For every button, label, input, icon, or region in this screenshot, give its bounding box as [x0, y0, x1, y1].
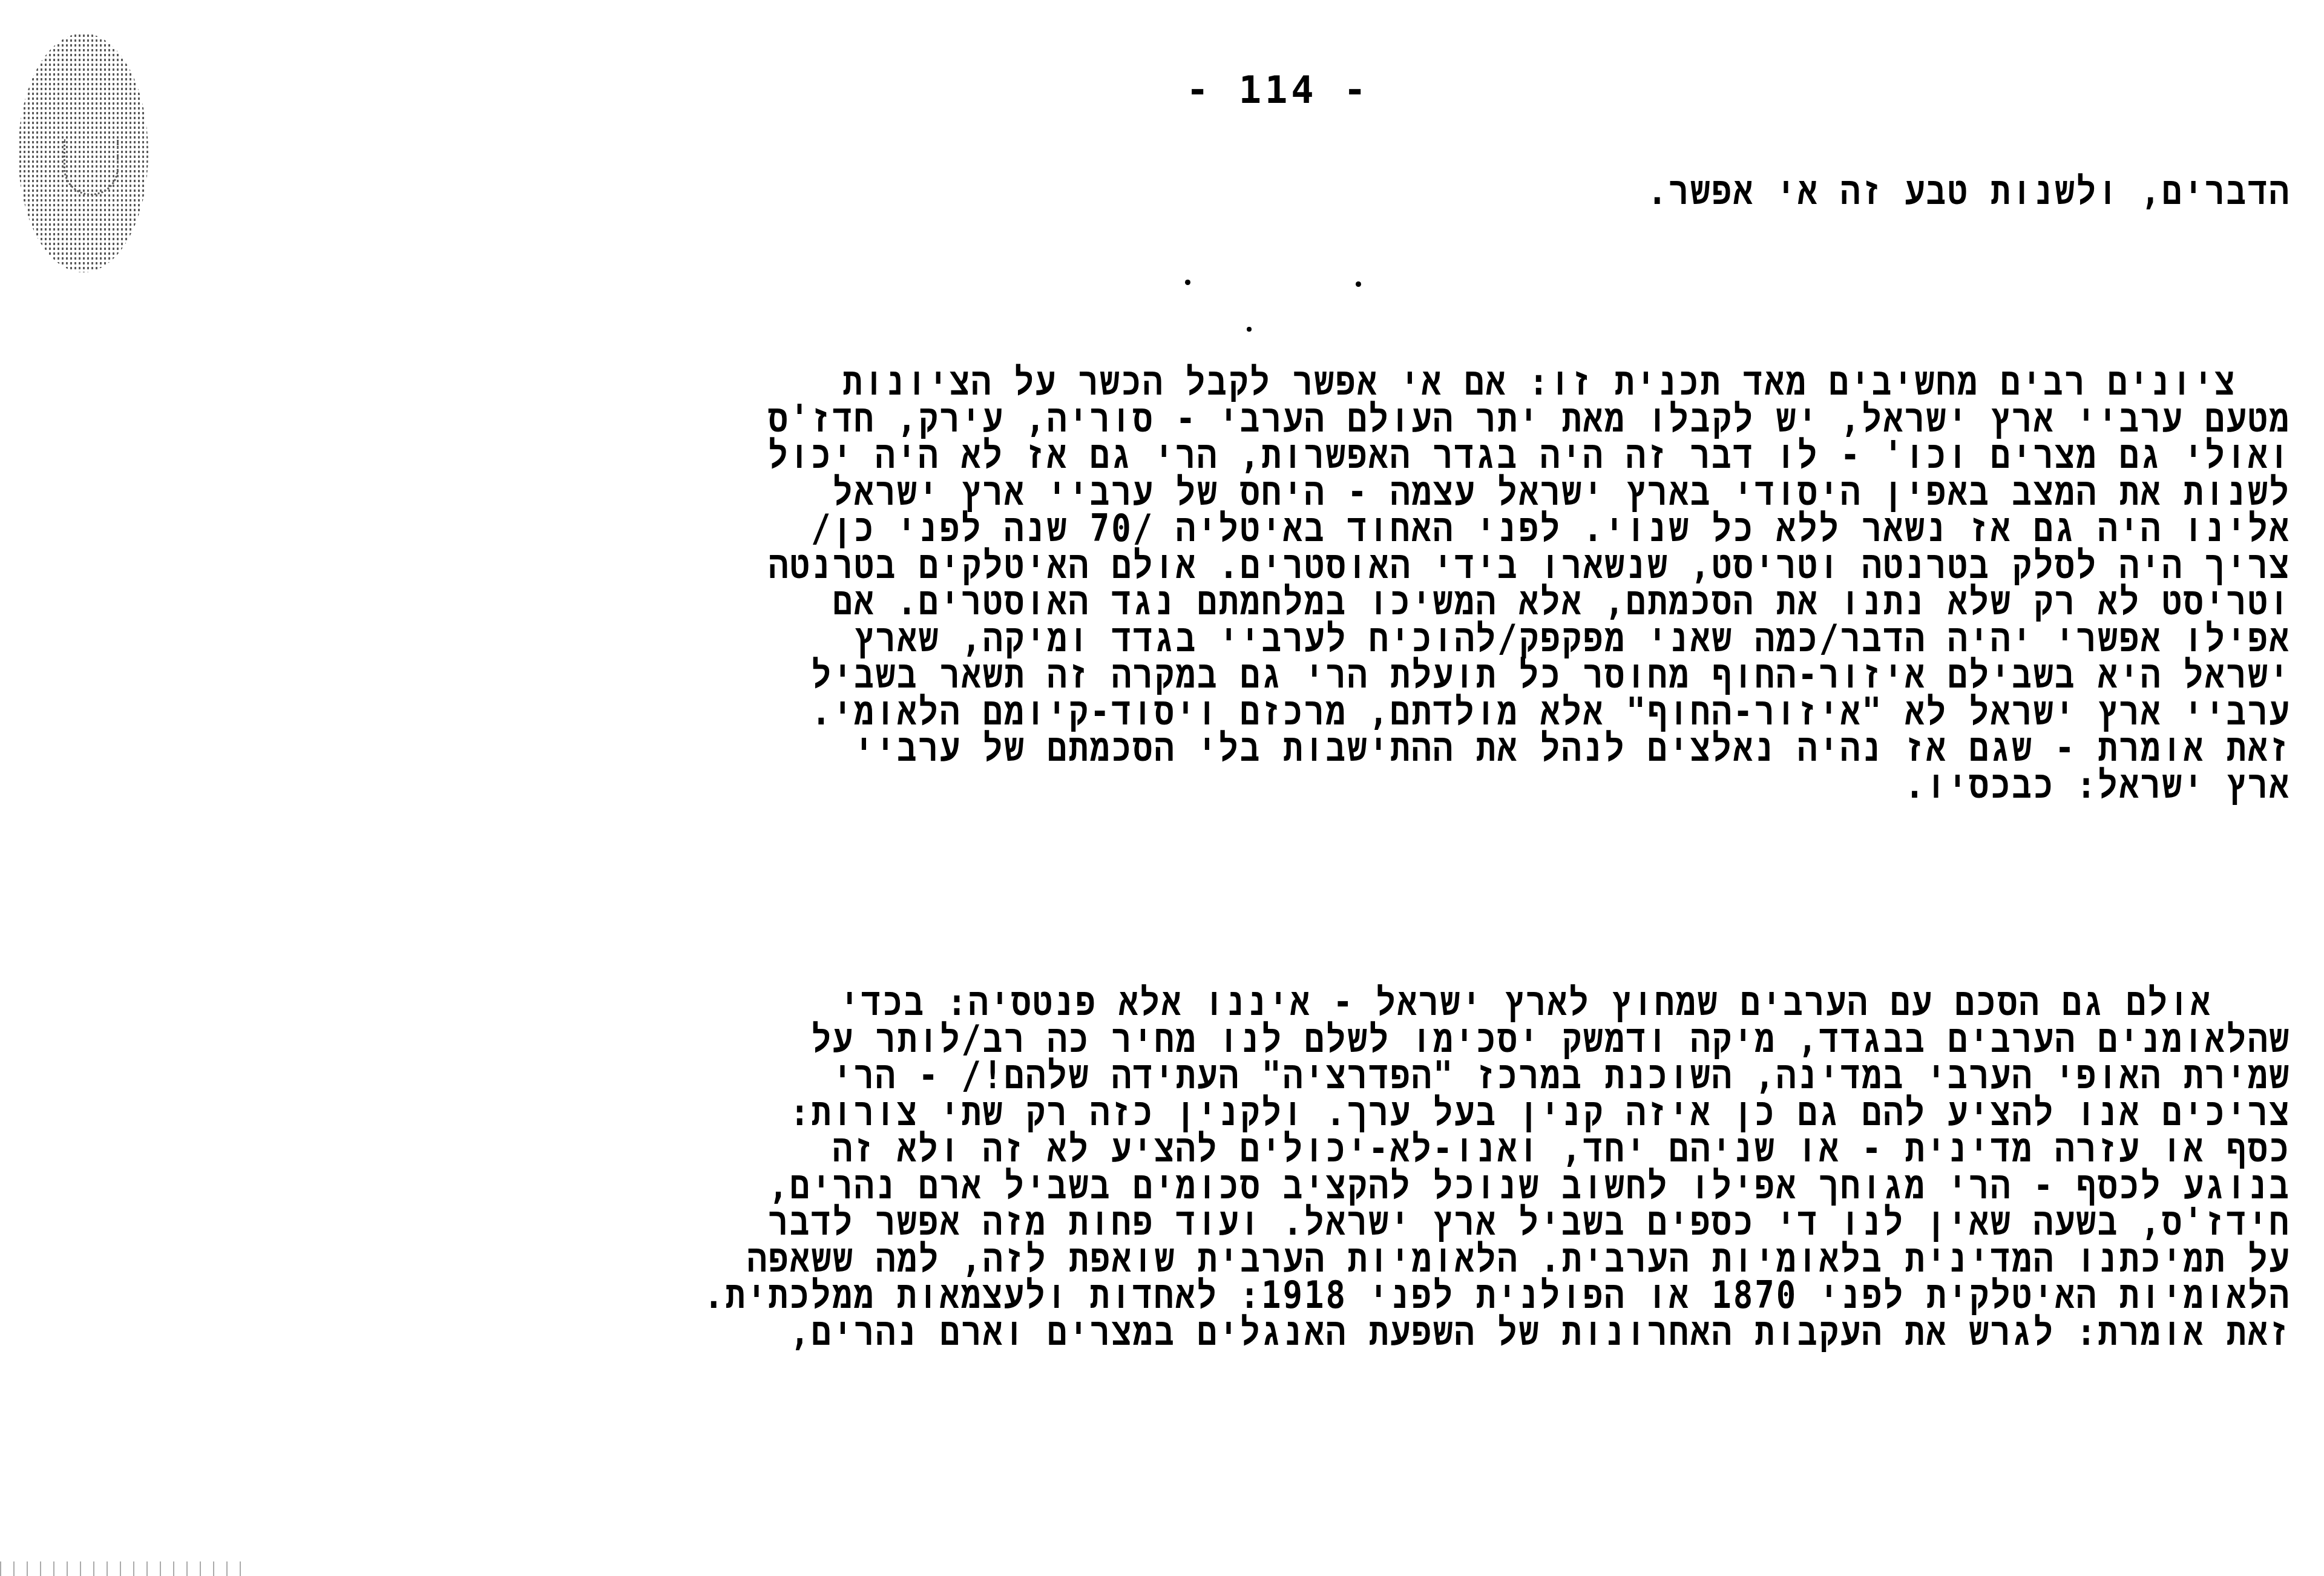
scan-noise — [0, 1561, 242, 1576]
text-line: זאת אומרת: לגרש את העקבות האחרונות של הש… — [790, 1310, 2291, 1353]
text-line: ארץ ישראל: כבכסיו. — [1905, 763, 2291, 806]
stray-dot — [1356, 281, 1361, 287]
page-number: - 114 - — [1186, 68, 1370, 112]
menorah-shape — [64, 139, 119, 195]
menorah-emblem-icon — [18, 33, 148, 272]
top-line: הדברים, ולשנות טבע זה אי אפשר. — [1647, 169, 2291, 212]
stray-dot — [1185, 280, 1190, 285]
stray-dot — [1247, 327, 1252, 332]
